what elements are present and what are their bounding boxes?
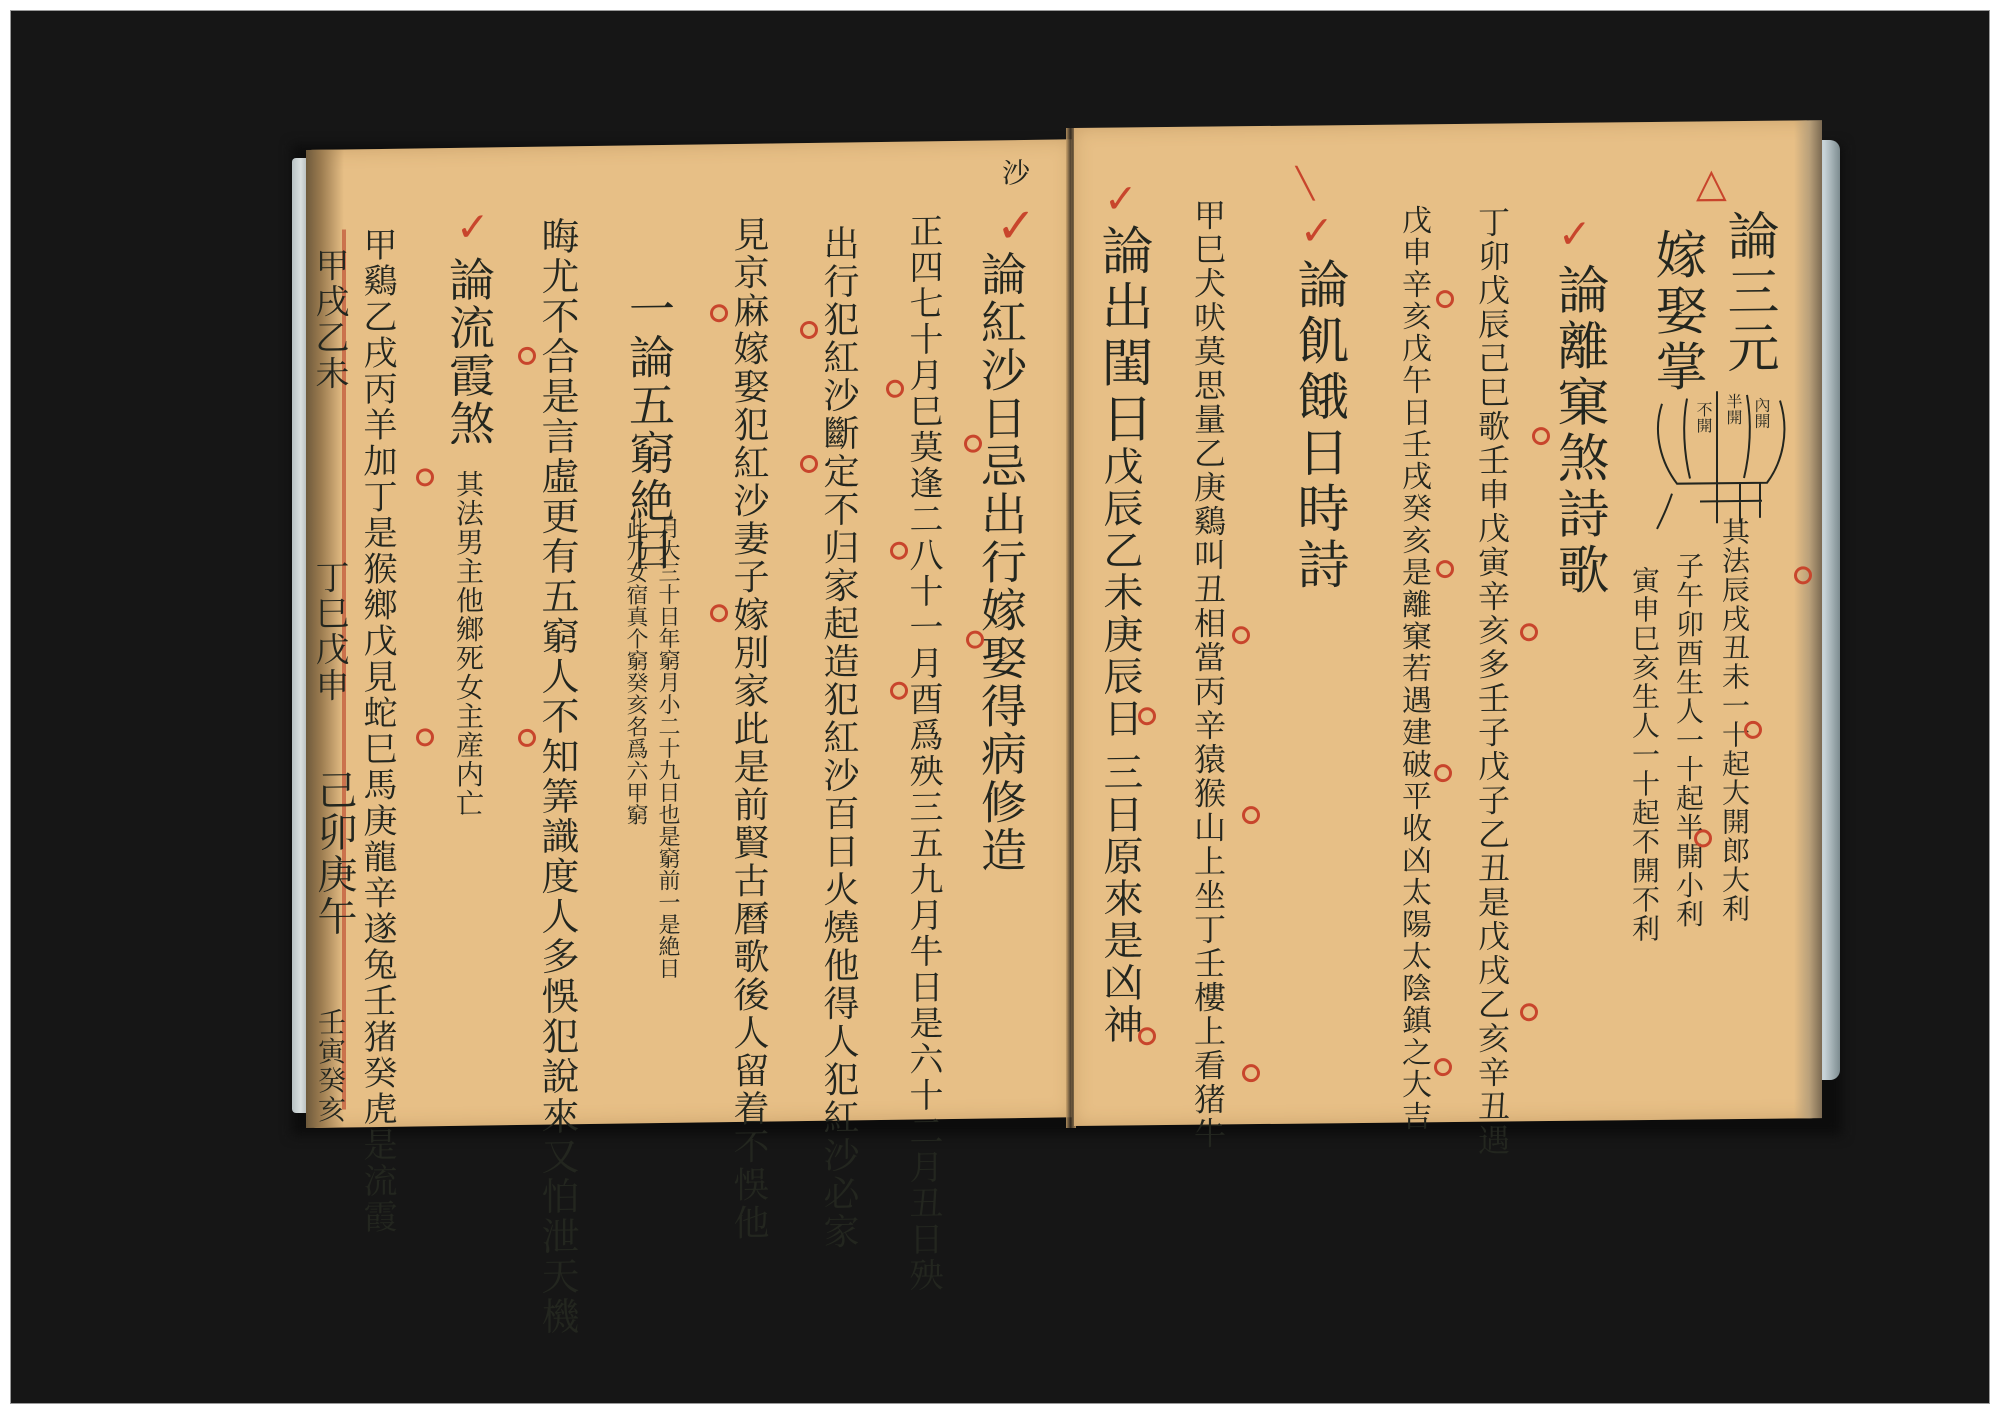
right-col-heading-sanyuan: 論三元 xyxy=(1722,209,1774,378)
right-col-7: 丁卯戊辰己巳歌壬申戊寅辛亥多壬子戊子乙丑是戊戌乙亥辛丑遇 xyxy=(1476,205,1508,1157)
right-page: △ 論三元 嫁娶掌 其法辰戌丑未一十起大開郎大利 子午卯酉生人一十起半開小利 寅… xyxy=(1074,120,1822,1126)
right-col-4: 子午卯酉生人一十起半開小利 xyxy=(1674,551,1702,928)
red-circle-mark xyxy=(1694,829,1712,847)
red-circle-mark xyxy=(518,729,536,747)
left-col-14: 己卯庚午 xyxy=(314,769,354,938)
red-circle-mark xyxy=(1794,566,1812,584)
left-col-2: 正四七十月巳莫逢二八十一月酉爲殃三五九月牛日是六十二月丑日殃 xyxy=(906,213,940,1293)
palm-label-half-open: 半開 xyxy=(1722,393,1745,425)
red-circle-mark xyxy=(1138,1027,1156,1045)
left-page: 沙 ✓ 論紅沙日忌出行嫁娶得病修造 正四七十月巳莫逢二八十一月酉爲殃三五九月牛日… xyxy=(306,139,1072,1128)
red-circle-mark xyxy=(1744,721,1762,739)
red-circle-mark xyxy=(1434,764,1452,782)
left-col-15: 壬寅癸亥 xyxy=(316,1007,344,1123)
red-check-mark: ✓ xyxy=(1300,211,1334,251)
red-circle-mark xyxy=(518,347,536,365)
red-tick-mark: ╲ xyxy=(1296,169,1314,199)
left-col-heading-liuxia: 論流霞煞 xyxy=(446,255,492,448)
red-circle-mark xyxy=(1436,560,1454,578)
left-col-10-note: 其法男主他鄉死女主産内亡 xyxy=(454,470,482,818)
left-col-13: 丁巳戊申 xyxy=(312,559,346,703)
right-col-heading-jiaqu: 嫁娶掌 xyxy=(1650,227,1702,396)
right-col-heading-liwosha: 論離窠煞詩歌 xyxy=(1552,262,1604,599)
red-circle-mark xyxy=(800,321,818,339)
red-triangle-mark: △ xyxy=(1696,163,1727,203)
right-col-12: 戊辰乙未庚辰日 xyxy=(1100,445,1140,739)
red-circle-mark xyxy=(1232,626,1250,644)
red-circle-mark xyxy=(710,604,728,622)
red-circle-mark xyxy=(1520,623,1538,641)
left-col-7-note: 此乃女宿真个窮癸亥名爲六甲窮 xyxy=(624,517,646,825)
red-circle-mark xyxy=(416,468,434,486)
red-circle-mark xyxy=(1138,707,1156,725)
red-circle-mark xyxy=(1242,1064,1260,1082)
marriage-palm-diagram: 內開 半開 不開 xyxy=(1652,382,1792,533)
palm-label-inner-open: 內開 xyxy=(1750,397,1773,429)
right-col-heading-jie: 論飢餓日時詩 xyxy=(1292,257,1344,594)
red-circle-mark xyxy=(886,380,904,398)
red-circle-mark xyxy=(800,455,818,473)
red-circle-mark xyxy=(710,304,728,322)
left-col-heading-hongsha: 論紅沙日忌出行嫁娶得病修造 xyxy=(978,250,1024,875)
left-col-8: 晦尤不合是言虛更有五窮人不知筭識度人多悞犯說來又怕泄天機 xyxy=(538,216,576,1337)
red-check-mark: ✓ xyxy=(1558,215,1592,255)
red-check-mark: ✓ xyxy=(996,202,1036,251)
red-circle-mark xyxy=(416,728,434,746)
red-circle-mark xyxy=(1434,1058,1452,1076)
right-col-13: 三日原來是凶神 xyxy=(1100,751,1140,1045)
red-circle-mark xyxy=(1532,427,1550,445)
red-circle-mark xyxy=(1520,1003,1538,1021)
left-col-4: 見京麻嫁娶犯紅沙妻子嫁別家此是前賢古曆歌後人留着不悞他 xyxy=(730,216,766,1243)
right-col-8: 戊申辛亥戊午日壬戌癸亥是離窠若遇建破平收凶太陽太陰鎮之大吉 xyxy=(1398,204,1428,1132)
red-circle-mark xyxy=(1242,806,1260,824)
right-col-5: 寅申巳亥生人一十起不開不利 xyxy=(1630,566,1658,943)
right-col-10: 甲巳犬吠莫思量乙庚鷄叫丑相當丙辛猿猴山上坐丁壬樓上看猪牛 xyxy=(1192,198,1224,1150)
left-col-sha-note: 沙 xyxy=(1000,158,1028,187)
right-page-edge-stain xyxy=(1794,120,1822,1118)
red-check-mark: ✓ xyxy=(456,207,490,247)
left-col-11: 甲鷄乙戌丙羊加丁是猴鄉戊見蛇巳馬庚龍辛遂兔壬猪癸虎是流霞 xyxy=(360,227,394,1235)
right-col-3: 其法辰戌丑未一十起大開郎大利 xyxy=(1720,517,1748,923)
left-col-3: 出行犯紅沙斷定不归家起造犯紅沙百日火燒他得人犯紅沙必家 xyxy=(820,224,856,1251)
palm-label-not-open: 不開 xyxy=(1692,401,1715,433)
red-check-mark: ✓ xyxy=(1104,179,1138,219)
red-circle-mark xyxy=(1436,290,1454,308)
right-col-heading-chugui: 論出閨日 xyxy=(1096,223,1148,448)
left-col-6-note: 月大三十日年窮月小二十九日也是窮前一是絶日 xyxy=(656,517,678,979)
left-col-12: 甲戌乙未 xyxy=(312,247,346,391)
